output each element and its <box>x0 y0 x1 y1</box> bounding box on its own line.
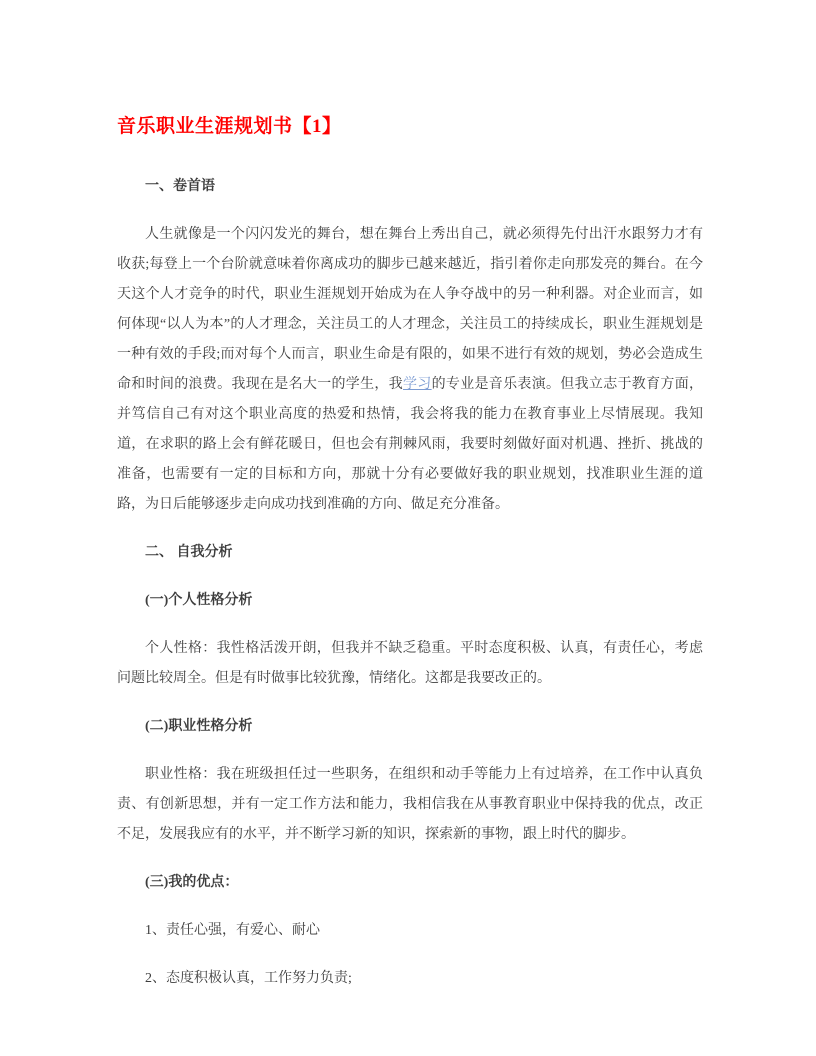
section-heading-preface: 一、卷首语 <box>117 172 703 202</box>
personal-character-paragraph: 个人性格：我性格活泼开朗，但我并不缺乏稳重。平时态度积极、认真，有责任心，考虑问… <box>117 634 703 694</box>
strength-item-1: 1、责任心强，有爱心、耐心 <box>117 916 703 946</box>
subsection-heading-strengths: (三)我的优点： <box>117 868 703 898</box>
document-title: 音乐职业生涯规划书【1】 <box>117 112 703 142</box>
subsection-heading-personal-character: (一)个人性格分析 <box>117 586 703 616</box>
document-page: 音乐职业生涯规划书【1】 一、卷首语 人生就像是一个闪闪发光的舞台，想在舞台上秀… <box>0 0 816 1056</box>
preface-text-after-link: 的专业是音乐表演。但我立志于教育方面，并笃信自己有对这个职业高度的热爱和热情，我… <box>117 377 703 512</box>
strength-item-2: 2、态度积极认真，工作努力负责; <box>117 964 703 994</box>
career-character-paragraph: 职业性格：我在班级担任过一些职务，在组织和动手等能力上有过培养，在工作中认真负责… <box>117 760 703 850</box>
preface-text-before-link: 人生就像是一个闪闪发光的舞台，想在舞台上秀出自己，就必须得先付出汗水跟努力才有收… <box>117 227 703 392</box>
preface-paragraph: 人生就像是一个闪闪发光的舞台，想在舞台上秀出自己，就必须得先付出汗水跟努力才有收… <box>117 220 703 520</box>
section-heading-self-analysis: 二、 自我分析 <box>117 538 703 568</box>
study-link[interactable]: 学习 <box>403 377 432 392</box>
subsection-heading-career-character: (二)职业性格分析 <box>117 712 703 742</box>
